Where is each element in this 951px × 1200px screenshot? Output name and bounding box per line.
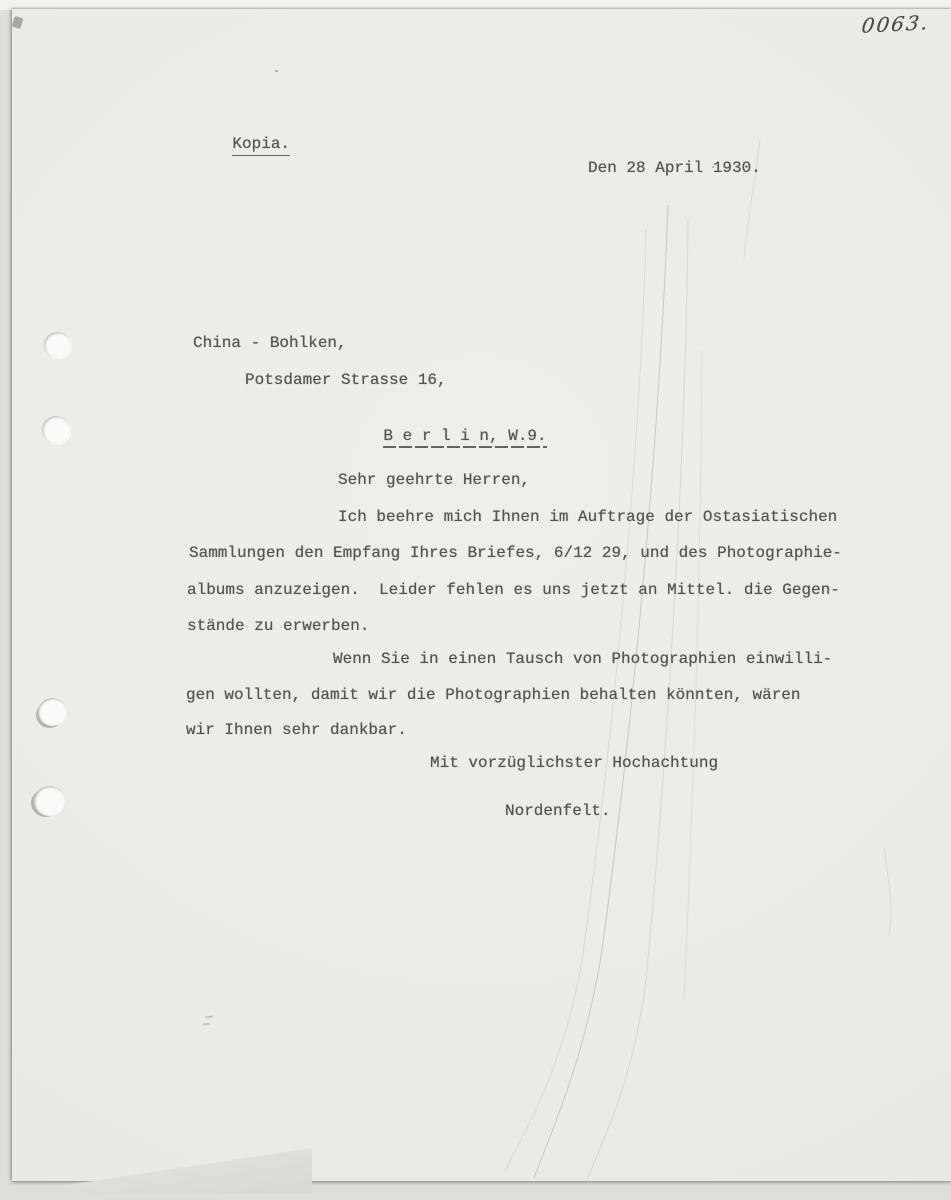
recipient-city: B e r l i n, W.9.	[345, 406, 547, 466]
body-line: stände zu erwerben.	[187, 616, 369, 636]
body-line: albums anzuzeigen. Leider fehlen es uns …	[187, 580, 840, 600]
punch-hole	[42, 416, 70, 444]
bottom-fold-crease	[12, 1149, 312, 1194]
scanned-letter-page: 0063. Kopia. Den 28 April 1930. China - …	[0, 0, 951, 1200]
ink-speck	[275, 70, 278, 72]
body-line: Ich beehre mich Ihnen im Auftrage der Os…	[338, 507, 837, 527]
archive-page-number: 0063.	[860, 10, 931, 37]
letter-date: Den 28 April 1930.	[588, 158, 761, 178]
punch-hole	[38, 698, 67, 726]
copy-label: Kopia.	[194, 114, 290, 174]
punch-hole	[34, 786, 65, 816]
recipient-city-text: B e r l i n, W.9.	[383, 427, 546, 448]
body-line: wir Ihnen sehr dankbar.	[186, 720, 407, 740]
recipient-name: China - Bohlken,	[193, 333, 347, 353]
closing-line: Mit vorzüglichster Hochachtung	[430, 753, 718, 773]
body-line: Wenn Sie in einen Tausch von Photographi…	[333, 649, 832, 669]
recipient-street: Potsdamer Strasse 16,	[245, 370, 447, 390]
salutation: Sehr geehrte Herren,	[338, 470, 530, 490]
body-line: Sammlungen den Empfang Ihres Briefes, 6/…	[189, 543, 842, 563]
copy-label-text: Kopia.	[232, 135, 290, 156]
signature: Nordenfelt.	[505, 801, 611, 821]
punch-hole	[44, 332, 71, 358]
body-line: gen wollten, damit wir die Photographien…	[186, 685, 801, 705]
